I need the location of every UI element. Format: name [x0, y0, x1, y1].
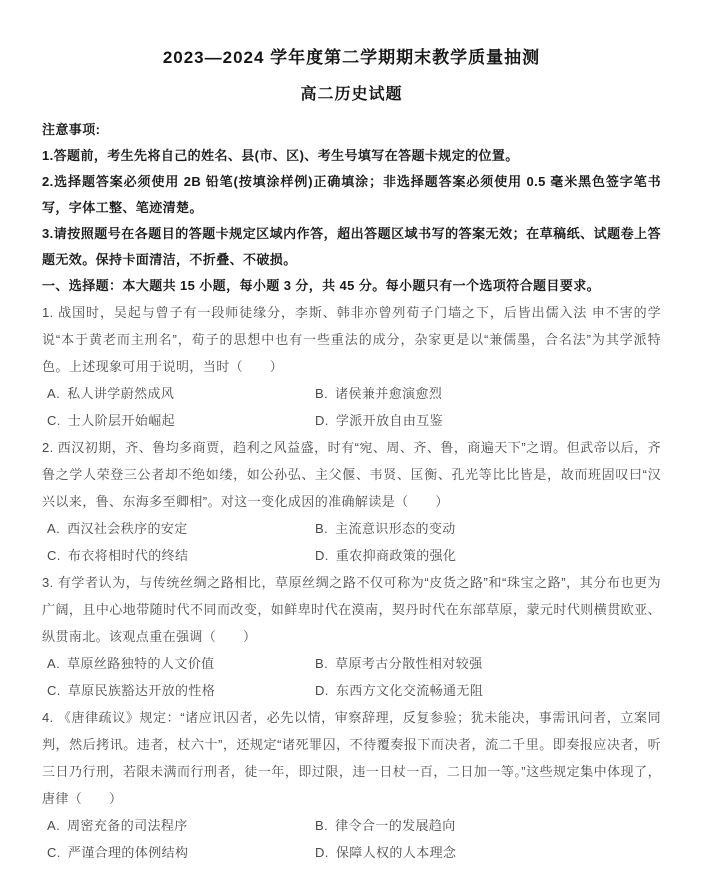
question-3: 3.有学者认为，与传统丝绸之路相比，草原丝绸之路不仅可称为“皮货之路”和“珠宝之…	[42, 569, 661, 704]
question-4-option-a: A.周密充备的司法程序	[47, 812, 315, 839]
question-3-options: A.草原丝路独特的人文价值 B.草原考古分散性相对较强 C.草原民族豁达开放的性…	[42, 650, 661, 704]
question-3-option-d: D.东西方文化交流畅通无阻	[315, 677, 661, 704]
page-title: 2023—2024 学年度第二学期期末教学质量抽测	[42, 46, 661, 70]
question-3-option-c: C.草原民族豁达开放的性格	[47, 677, 315, 704]
notice-section: 注意事项: 1.答题前，考生先将自己的姓名、县(市、区)、考生号填写在答题卡规定…	[42, 117, 661, 273]
question-1-option-c: C.士人阶层开始崛起	[47, 407, 315, 434]
question-1-option-d: D.学派开放自由互鉴	[315, 407, 661, 434]
exam-paper-page: 2023—2024 学年度第二学期期末教学质量抽测 高二历史试题 注意事项: 1…	[0, 0, 701, 877]
question-4-option-d: D.保障人权的人本理念	[315, 839, 661, 866]
question-3-number: 3.	[42, 575, 54, 590]
question-2-option-d: D.重农抑商政策的强化	[315, 542, 661, 569]
question-2-option-c: C.布衣将相时代的终结	[47, 542, 315, 569]
question-2-stem: 2.西汉初期，齐、鲁均多商贾，趋利之风益盛，时有“宛、周、齐、鲁，商遍天下”之谓…	[42, 434, 661, 515]
notice-heading: 注意事项:	[42, 117, 661, 143]
page-subtitle: 高二历史试题	[42, 83, 661, 107]
question-2-option-b: B.主流意识形态的变动	[315, 515, 661, 542]
question-1-option-a: A.私人讲学蔚然成风	[47, 380, 315, 407]
question-1-option-b: B.诸侯兼并愈演愈烈	[315, 380, 661, 407]
question-1-text: 战国时，吴起与曾子有一段师徒缘分，李斯、韩非亦曾列荀子门墙之下，后皆出儒入法 申…	[42, 305, 661, 374]
question-2-text: 西汉初期，齐、鲁均多商贾，趋利之风益盛，时有“宛、周、齐、鲁，商遍天下”之谓。但…	[42, 440, 661, 509]
question-3-text: 有学者认为，与传统丝绸之路相比，草原丝绸之路不仅可称为“皮货之路”和“珠宝之路”…	[42, 575, 661, 644]
section-heading-choice: 一、选择题：本大题共 15 小题，每小题 3 分，共 45 分。每小题只有一个选…	[42, 273, 661, 299]
question-1-stem: 1.战国时，吴起与曾子有一段师徒缘分，李斯、韩非亦曾列荀子门墙之下，后皆出儒入法…	[42, 299, 661, 380]
question-3-option-b: B.草原考古分散性相对较强	[315, 650, 661, 677]
notice-item-1: 1.答题前，考生先将自己的姓名、县(市、区)、考生号填写在答题卡规定的位置。	[42, 143, 661, 169]
question-2-number: 2.	[42, 440, 54, 455]
question-4-option-c: C.严谨合理的体例结构	[47, 839, 315, 866]
question-4-options: A.周密充备的司法程序 B.律令合一的发展趋向 C.严谨合理的体例结构 D.保障…	[42, 812, 661, 866]
notice-item-2: 2.选择题答案必须使用 2B 铅笔(按填涂样例)正确填涂；非选择题答案必须使用 …	[42, 169, 661, 221]
question-4-option-b: B.律令合一的发展趋向	[315, 812, 661, 839]
notice-item-3: 3.请按照题号在各题目的答题卡规定区域内作答，超出答题区域书写的答案无效；在草稿…	[42, 221, 661, 273]
question-1-number: 1.	[42, 305, 54, 320]
question-2-options: A.西汉社会秩序的安定 B.主流意识形态的变动 C.布衣将相时代的终结 D.重农…	[42, 515, 661, 569]
question-1-options: A.私人讲学蔚然成风 B.诸侯兼并愈演愈烈 C.士人阶层开始崛起 D.学派开放自…	[42, 380, 661, 434]
question-4-number: 4.	[42, 710, 54, 725]
question-4: 4.《唐律疏议》规定：“诸应讯囚者，必先以情，审察辞理，反复参验；犹未能决，事需…	[42, 704, 661, 866]
question-2: 2.西汉初期，齐、鲁均多商贾，趋利之风益盛，时有“宛、周、齐、鲁，商遍天下”之谓…	[42, 434, 661, 569]
question-3-option-a: A.草原丝路独特的人文价值	[47, 650, 315, 677]
question-1: 1.战国时，吴起与曾子有一段师徒缘分，李斯、韩非亦曾列荀子门墙之下，后皆出儒入法…	[42, 299, 661, 434]
question-4-text: 《唐律疏议》规定：“诸应讯囚者，必先以情，审察辞理，反复参验；犹未能决，事需讯问…	[42, 710, 661, 806]
question-3-stem: 3.有学者认为，与传统丝绸之路相比，草原丝绸之路不仅可称为“皮货之路”和“珠宝之…	[42, 569, 661, 650]
question-2-option-a: A.西汉社会秩序的安定	[47, 515, 315, 542]
question-4-stem: 4.《唐律疏议》规定：“诸应讯囚者，必先以情，审察辞理，反复参验；犹未能决，事需…	[42, 704, 661, 812]
